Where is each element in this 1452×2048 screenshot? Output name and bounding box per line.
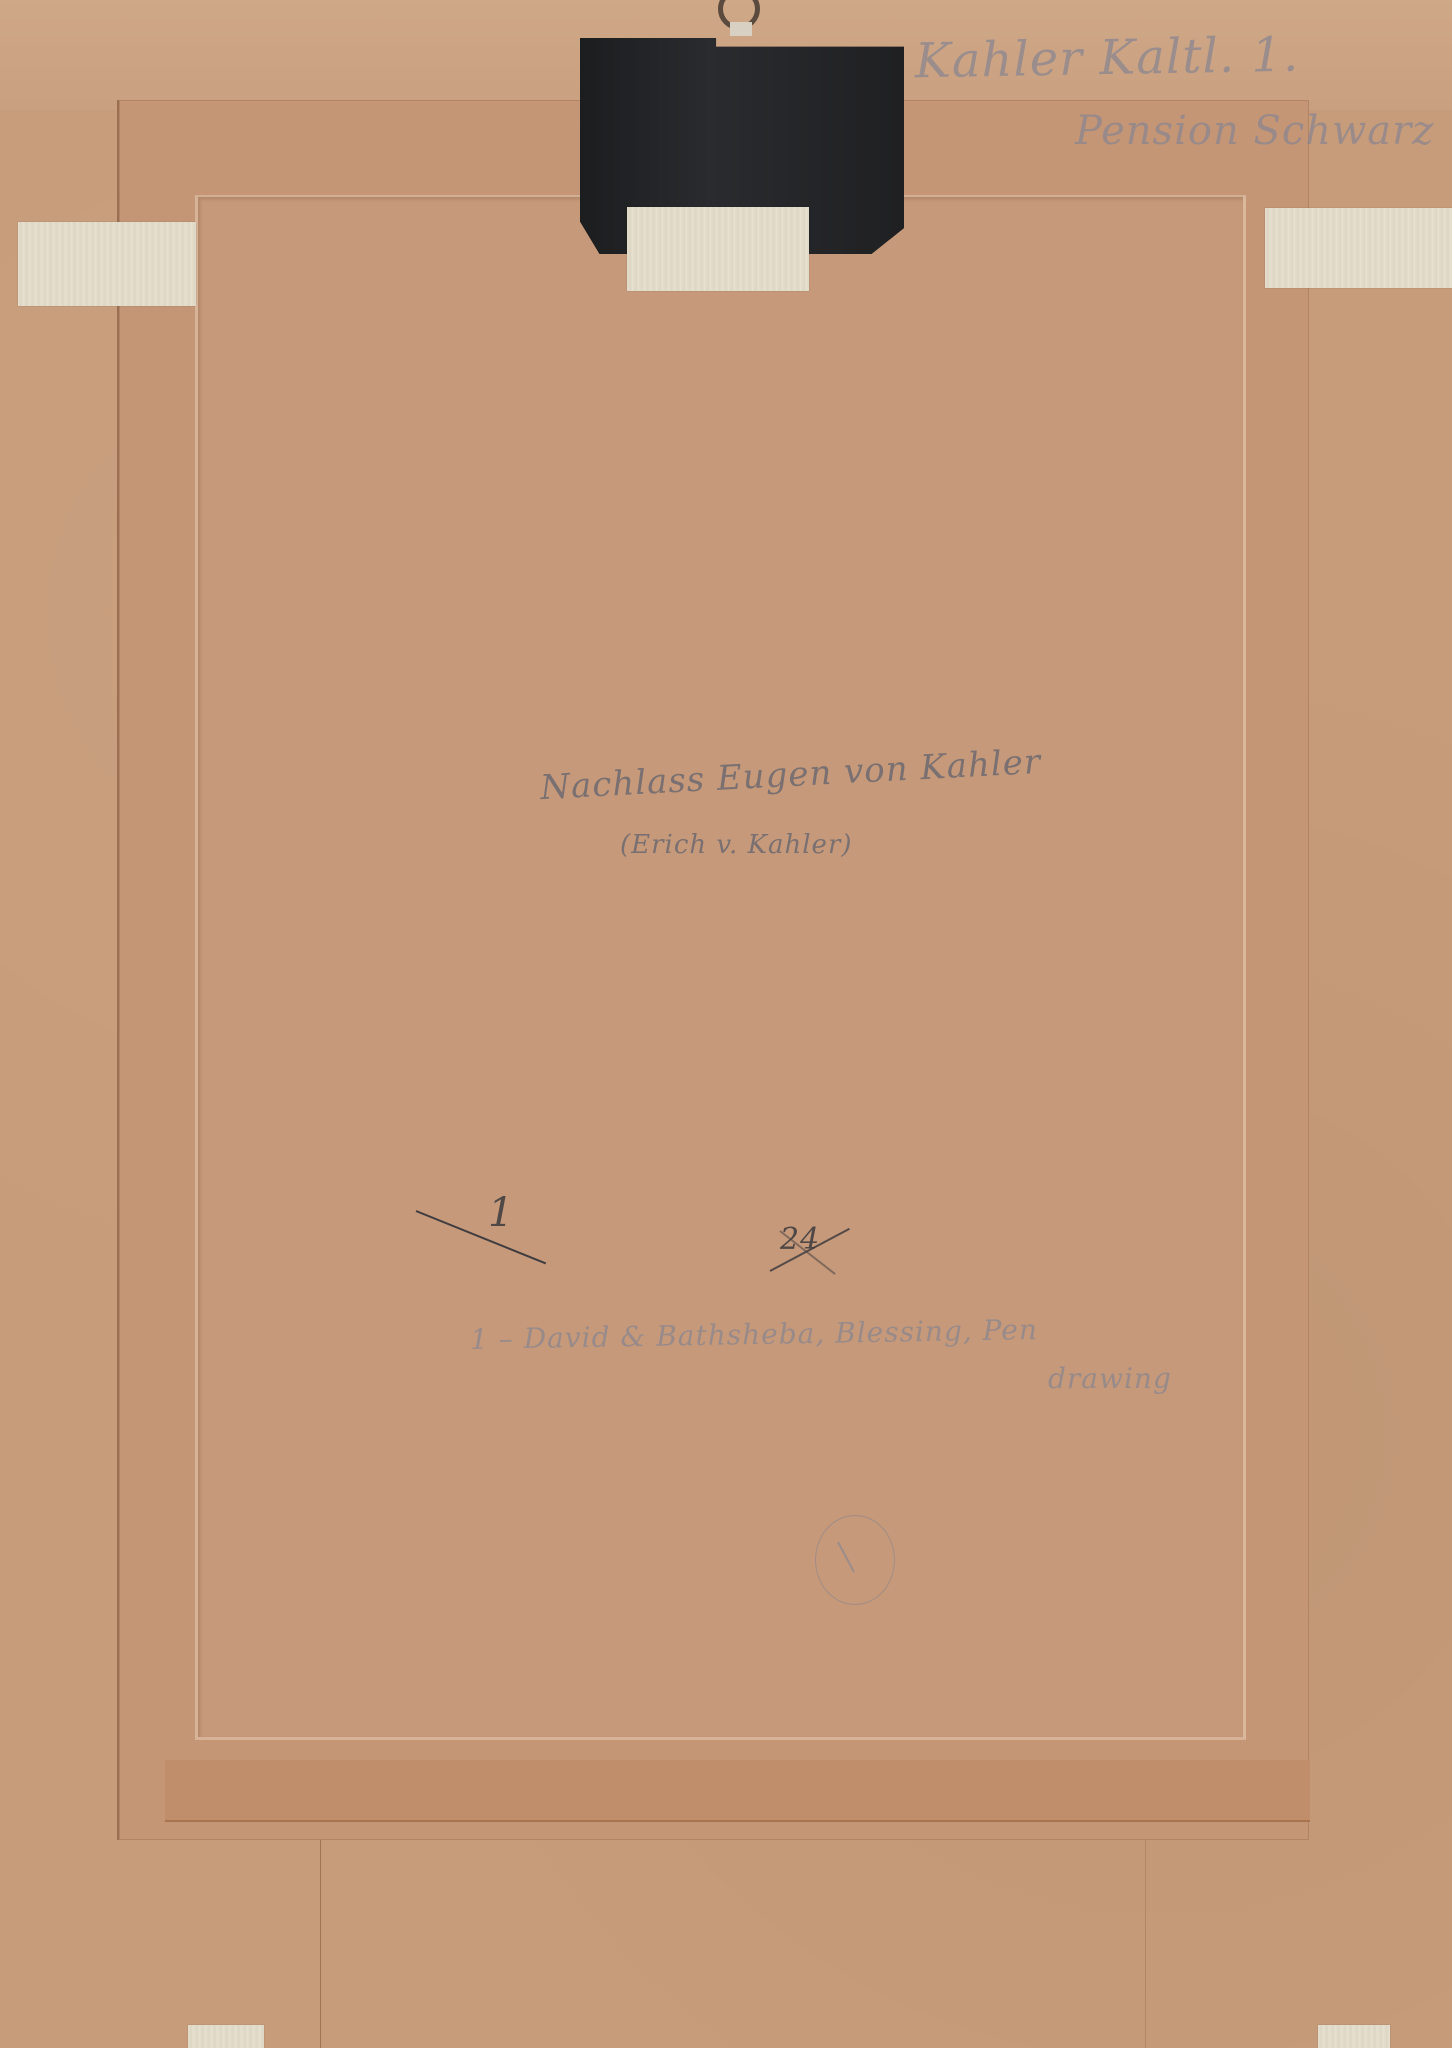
inscription-description-line-2: drawing <box>1048 1362 1172 1395</box>
masking-tape-bottom-right <box>1318 2025 1390 2048</box>
masking-tape-middle <box>627 207 809 291</box>
number-mark-1: 1 <box>488 1190 514 1236</box>
lower-band <box>165 1760 1310 1822</box>
inscription-erich-kahler: (Erich v. Kahler) <box>620 830 853 860</box>
circled-mark-icon <box>815 1515 895 1605</box>
masking-tape-bottom-left <box>188 2025 264 2048</box>
inscription-top-line-1: Kahler Kaltl. 1. <box>915 27 1300 90</box>
hanger-ring-tape <box>730 22 752 36</box>
masking-tape-left <box>18 222 196 306</box>
inner-mat-panel <box>195 195 1246 1740</box>
inscription-top-line-2: Pension Schwarz <box>1075 108 1434 154</box>
masking-tape-right <box>1265 208 1452 288</box>
number-mark-24: 24 <box>780 1222 820 1257</box>
